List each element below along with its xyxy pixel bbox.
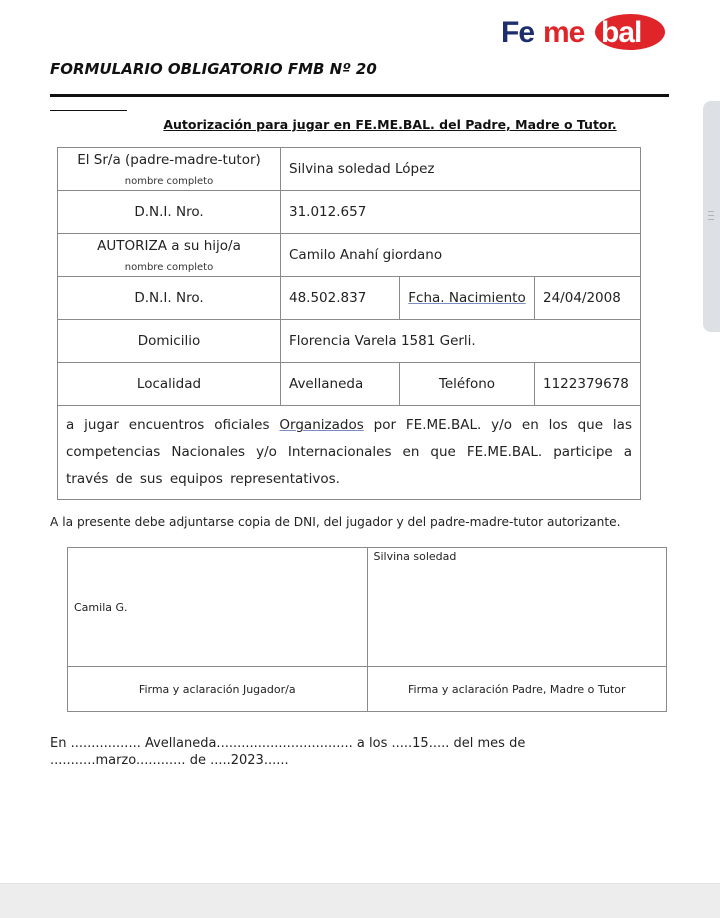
paragraph-text-before: a jugar encuentros oficiales <box>66 417 279 433</box>
parent-signature-caption: Firma y aclaración Padre, Madre o Tutor <box>367 667 667 712</box>
table-row: Camila G. Silvina soledad <box>68 548 667 667</box>
child-dni-field[interactable]: 48.502.837 <box>281 277 400 320</box>
city-field[interactable]: Avellaneda <box>281 363 400 406</box>
birth-date-field[interactable]: 24/04/2008 <box>535 277 641 320</box>
femebal-logo: Fe me bal <box>501 14 671 52</box>
parent-label: El Sr/a (padre-madre-tutor) <box>66 152 272 168</box>
table-row: Firma y aclaración Jugador/a Firma y acl… <box>68 667 667 712</box>
child-label: AUTORIZA a su hijo/a <box>66 238 272 254</box>
scrollbar-handle[interactable] <box>703 101 720 332</box>
parent-signature-field[interactable]: Silvina soledad <box>367 548 667 667</box>
bottom-bar <box>0 883 720 918</box>
authorization-paragraph: a jugar encuentros oficiales Organizados… <box>58 406 641 500</box>
logo-me: me <box>543 16 584 50</box>
player-signature-field[interactable]: Camila G. <box>68 548 368 667</box>
logo-bal: bal <box>601 16 641 50</box>
form-title: FORMULARIO OBLIGATORIO FMB Nº 20 <box>50 60 377 78</box>
short-divider <box>50 110 127 111</box>
form-subtitle: Autorización para jugar en FE.ME.BAL. de… <box>0 117 720 132</box>
paragraph-highlight: Organizados <box>279 417 363 433</box>
table-row: D.N.I. Nro. 48.502.837 Fcha. Nacimiento … <box>58 277 641 320</box>
logo-fe: Fe <box>501 16 534 50</box>
grip-icon <box>708 211 714 223</box>
attachment-note: A la presente debe adjuntarse copia de D… <box>50 515 621 529</box>
birth-date-label-text: Fcha. Nacimiento <box>408 290 525 306</box>
parent-dni-label: D.N.I. Nro. <box>58 191 281 234</box>
child-label-cell: AUTORIZA a su hijo/a nombre completo <box>58 234 281 277</box>
birth-date-label: Fcha. Nacimiento <box>400 277 535 320</box>
table-row: a jugar encuentros oficiales Organizados… <box>58 406 641 500</box>
signature-table: Camila G. Silvina soledad Firma y aclara… <box>67 547 667 712</box>
phone-label: Teléfono <box>400 363 535 406</box>
city-label: Localidad <box>58 363 281 406</box>
table-row: D.N.I. Nro. 31.012.657 <box>58 191 641 234</box>
player-signature-caption: Firma y aclaración Jugador/a <box>68 667 368 712</box>
phone-field[interactable]: 1122379678 <box>535 363 641 406</box>
date-place-line: En ................. Avellaneda.........… <box>50 735 570 769</box>
parent-sublabel: nombre completo <box>66 176 272 187</box>
child-name-field[interactable]: Camilo Anahí giordano <box>281 234 641 277</box>
parent-name-field[interactable]: Silvina soledad López <box>281 148 641 191</box>
child-sublabel: nombre completo <box>66 262 272 273</box>
authorization-form-table: El Sr/a (padre-madre-tutor) nombre compl… <box>57 147 641 500</box>
table-row: AUTORIZA a su hijo/a nombre completo Cam… <box>58 234 641 277</box>
child-dni-label: D.N.I. Nro. <box>58 277 281 320</box>
parent-label-cell: El Sr/a (padre-madre-tutor) nombre compl… <box>58 148 281 191</box>
table-row: Localidad Avellaneda Teléfono 1122379678 <box>58 363 641 406</box>
parent-dni-field[interactable]: 31.012.657 <box>281 191 641 234</box>
address-label: Domicilio <box>58 320 281 363</box>
table-row: El Sr/a (padre-madre-tutor) nombre compl… <box>58 148 641 191</box>
title-divider <box>50 94 669 97</box>
table-row: Domicilio Florencia Varela 1581 Gerli. <box>58 320 641 363</box>
address-field[interactable]: Florencia Varela 1581 Gerli. <box>281 320 641 363</box>
